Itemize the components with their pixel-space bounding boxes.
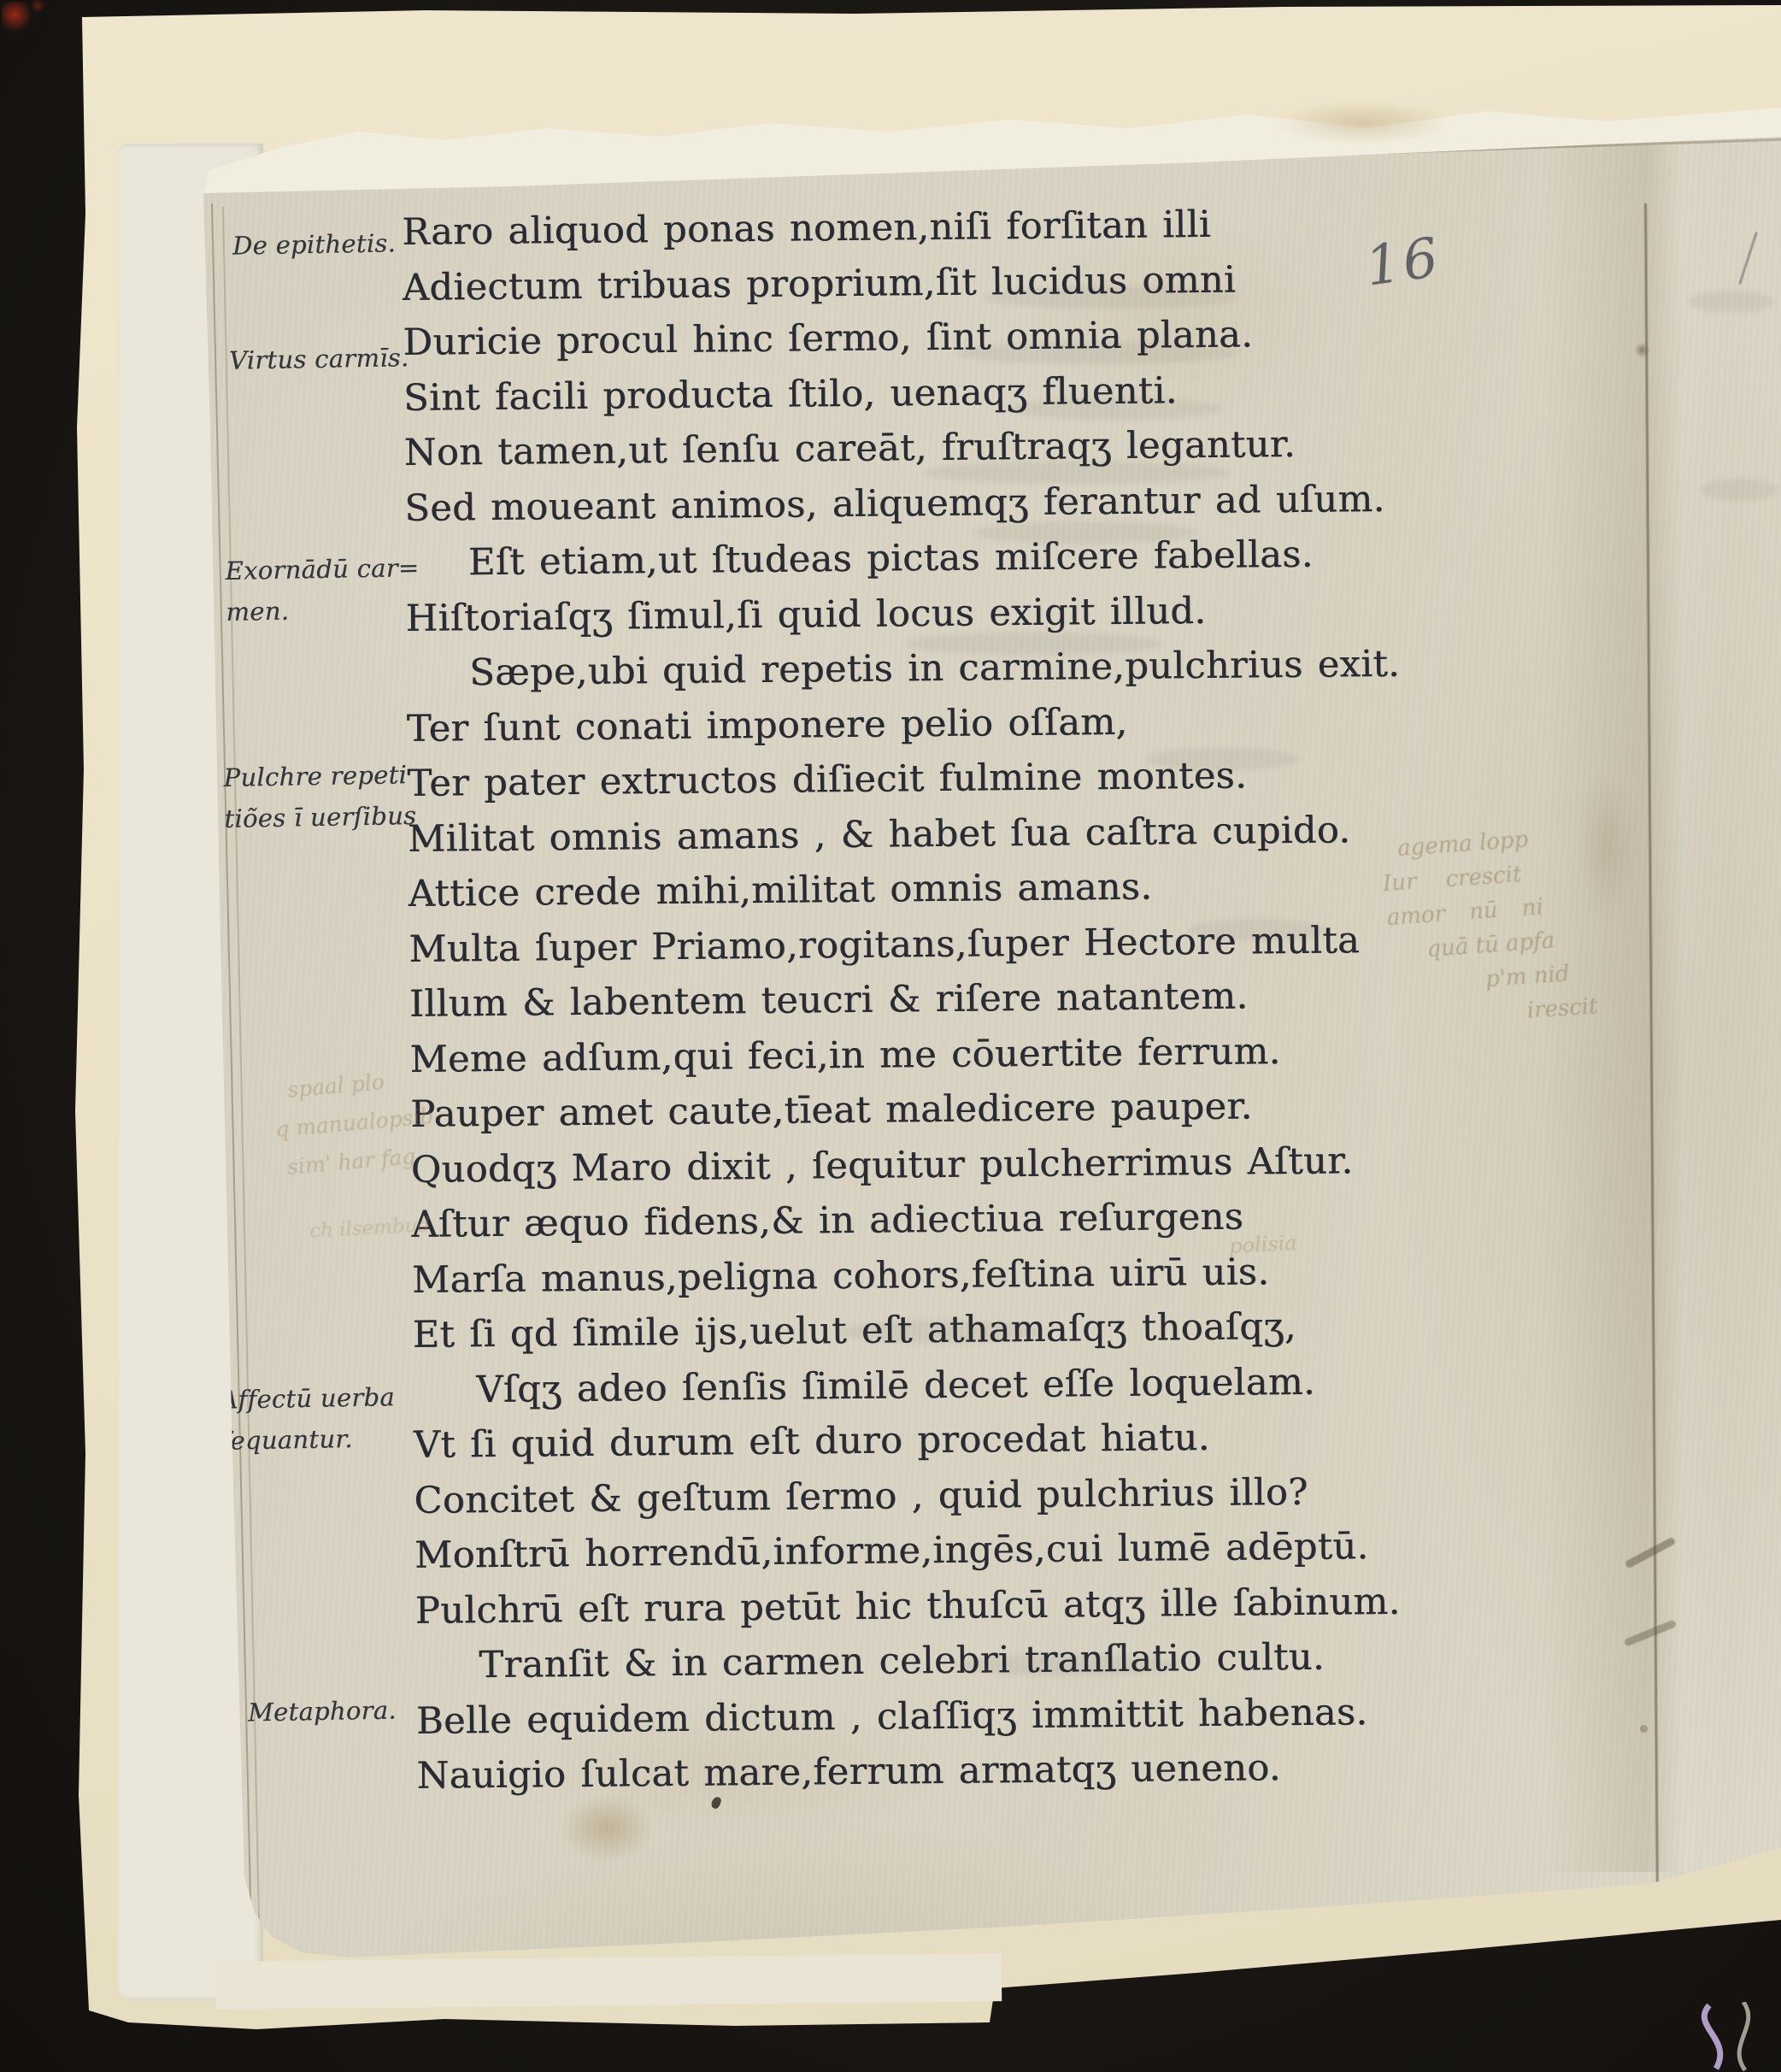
margin-note-virtus: Virtus carmīs. [229,337,409,381]
marginalia-line: irescit [1525,989,1598,1028]
margin-note-line: Virtus carmīs. [229,337,409,381]
red-speck [29,0,46,12]
margin-note-epithets: De epithetis. [232,222,397,266]
ghost-text [1701,479,1778,501]
marginalia-right: agema lopp Iur crescit amor nū ni quā tū… [1371,819,1599,1039]
book-scan: De epithetis. Virtus carmīs. Exornādū ca… [0,0,1781,2072]
margin-note-line: Pulchre repeti [223,754,416,798]
pencil-folio-number: 16 [1361,226,1444,298]
margin-note-line: Affectū uerba [220,1376,395,1421]
marginalia-left: spaal plo q manualopsib sim' har fag [270,1058,438,1187]
margin-note-affectus: Affectū uerba ſequantur. [220,1376,396,1462]
margin-note-line: ſequantur. [220,1417,396,1462]
margin-note-line: Metaphora. [248,1689,397,1733]
printed-leaf: De epithetis. Virtus carmīs. Exornādū ca… [0,0,1781,2072]
ghost-text [1688,291,1773,313]
marginalia-word: polisia [1228,1231,1297,1258]
binding-thread [1680,2002,1781,2072]
margin-note-repetitiones: Pulchre repeti tiões ī uerſibus [223,754,416,839]
margin-note-line: men. [226,588,420,633]
margin-note-metaphora: Metaphora. [248,1689,397,1733]
interleaf-sheet-bottom [215,1953,1002,2010]
margin-note-line: De epithetis. [232,222,397,266]
margin-note-line: tiões ī uerſibus [224,795,417,839]
stain [1273,101,1453,145]
margin-note-exornandum: Exornādū car= men. [225,547,420,633]
margin-note-line: Exornādū car= [225,547,420,592]
